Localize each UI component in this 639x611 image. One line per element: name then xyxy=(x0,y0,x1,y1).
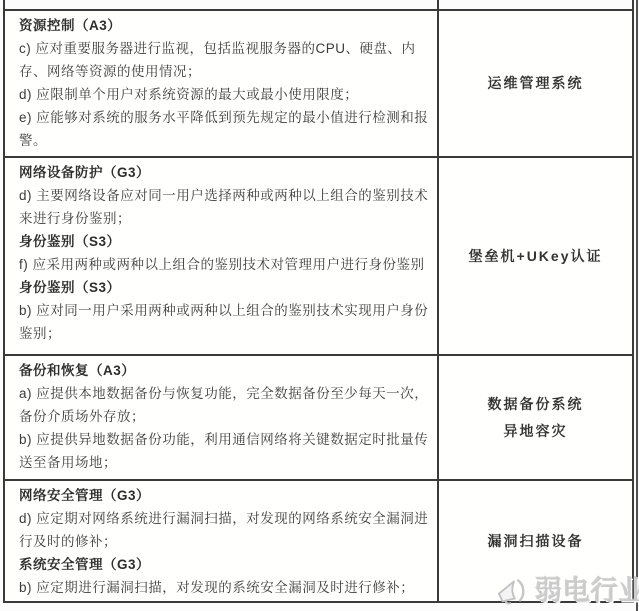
control-heading: 身份鉴别（S3） xyxy=(19,230,429,253)
requirements-cell: 资源控制（A3）c) 应对重要服务器进行监视，包括监视服务器的CPU、硬盘、内存… xyxy=(5,11,437,156)
requirement-text: f) 应采用两种或两种以上组合的鉴别技术对管理用户进行身份鉴别 xyxy=(19,253,429,276)
control-heading: 资源控制（A3） xyxy=(19,14,429,37)
requirement-text: d) 主要网络设备应对同一用户选择两种或两种以上组合的鉴别技术来进行身份鉴别； xyxy=(19,184,429,230)
solution-label: 运维管理系统 xyxy=(488,70,584,97)
requirements-cell: 备份和恢复（A3）a) 应提供本地数据备份与恢复功能，完全数据备份至少每天一次，… xyxy=(5,356,437,479)
table-row: 备份和恢复（A3）a) 应提供本地数据备份与恢复功能，完全数据备份至少每天一次，… xyxy=(5,356,632,481)
table-rows: 资源控制（A3）c) 应对重要服务器进行监视，包括监视服务器的CPU、硬盘、内存… xyxy=(5,11,632,601)
requirement-text: c) 应对重要服务器进行监视，包括监视服务器的CPU、硬盘、内存、网络等资源的使… xyxy=(19,37,429,83)
requirement-text: e) 应能够对系统的服务水平降低到预先规定的最小值进行检测和报警。 xyxy=(19,106,429,152)
requirement-text: b) 应对同一用户采用两种或两种以上组合的鉴别技术实现用户身份鉴别； xyxy=(19,299,429,345)
control-heading: 身份鉴别（S3） xyxy=(19,276,429,299)
solution-label: 漏洞扫描设备 xyxy=(488,528,584,555)
solution-cell: 数据备份系统异地容灾 xyxy=(437,356,632,479)
table-row: 资源控制（A3）c) 应对重要服务器进行监视，包括监视服务器的CPU、硬盘、内存… xyxy=(5,11,632,158)
watermark: 弱电行业网 xyxy=(494,569,639,608)
table-row: 网络设备防护（G3）d) 主要网络设备应对同一用户选择两种或两种以上组合的鉴别技… xyxy=(5,158,632,356)
requirements-cell: 网络安全管理（G3）d) 应定期对网络系统进行漏洞扫描，对发现的网络系统安全漏洞… xyxy=(5,481,437,601)
control-heading: 备份和恢复（A3） xyxy=(19,359,429,382)
requirements-cell: 网络设备防护（G3）d) 主要网络设备应对同一用户选择两种或两种以上组合的鉴别技… xyxy=(5,158,437,354)
document-page: 资源控制（A3）c) 应对重要服务器进行监视，包括监视服务器的CPU、硬盘、内存… xyxy=(0,0,639,611)
watermark-label: 弱电行业网 xyxy=(535,569,639,608)
compliance-table: 资源控制（A3）c) 应对重要服务器进行监视，包括监视服务器的CPU、硬盘、内存… xyxy=(3,9,634,603)
solution-label: 数据备份系统 xyxy=(488,391,584,418)
requirement-text: d) 应限制单个用户对系统资源的最大或最小使用限度； xyxy=(19,83,429,106)
solution-cell: 运维管理系统 xyxy=(437,11,632,156)
requirement-text: b) 应定期进行漏洞扫描，对发现的系统安全漏洞及时进行修补； xyxy=(19,576,429,599)
requirement-text: d) 应定期对网络系统进行漏洞扫描，对发现的网络系统安全漏洞进行及时的修补； xyxy=(19,507,429,553)
scan-edge-line xyxy=(636,0,638,611)
megaphone-icon xyxy=(494,572,532,606)
control-heading: 网络设备防护（G3） xyxy=(19,161,429,184)
solution-label: 异地容灾 xyxy=(504,418,568,445)
requirement-text: b) 应提供异地数据备份功能，利用通信网络将关键数据定时批量传送至备用场地； xyxy=(19,428,429,474)
solution-label: 堡垒机+UKey认证 xyxy=(469,243,603,270)
solution-cell: 堡垒机+UKey认证 xyxy=(437,158,632,354)
control-heading: 网络安全管理（G3） xyxy=(19,484,429,507)
control-heading: 系统安全管理（G3） xyxy=(19,553,429,576)
requirement-text: a) 应提供本地数据备份与恢复功能，完全数据备份至少每天一次，备份介质场外存放； xyxy=(19,382,429,428)
